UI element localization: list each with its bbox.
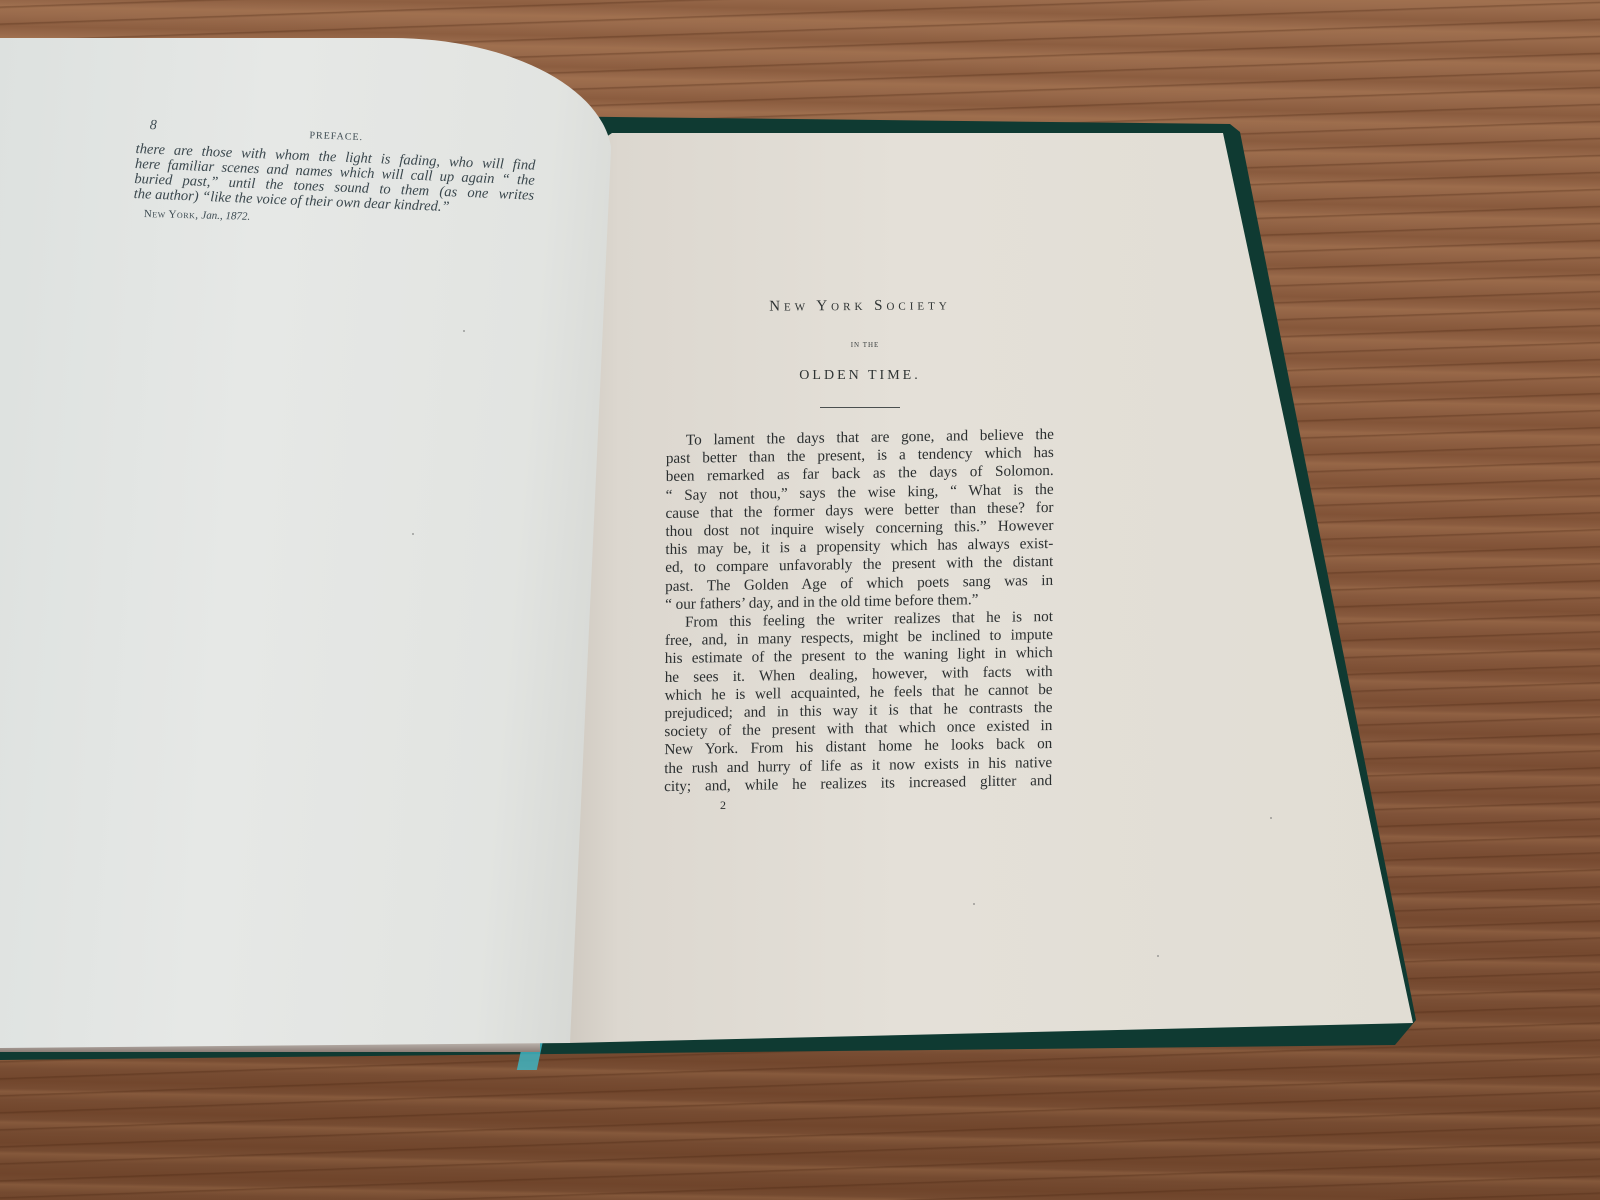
chapter-subtitle: OLDEN TIME. bbox=[730, 368, 990, 384]
paper-speck bbox=[973, 903, 975, 905]
paper-speck bbox=[1270, 817, 1272, 819]
signature-date: Jan., 1872. bbox=[201, 210, 250, 223]
photo-scene: 8 PREFACE. there are those with whom the… bbox=[0, 0, 1600, 1200]
right-page-text: To lament the days that are gone, and be… bbox=[664, 426, 1054, 796]
title-rule bbox=[820, 407, 900, 408]
page-number: 8 bbox=[149, 118, 157, 134]
paper-speck bbox=[412, 533, 414, 535]
signature-mark: 2 bbox=[720, 798, 726, 813]
chapter-subtitle-small: IN THE bbox=[790, 341, 940, 349]
signature-place: New York, bbox=[144, 208, 199, 221]
paper-speck bbox=[463, 330, 465, 332]
chapter-title: New York Society bbox=[700, 297, 1020, 316]
running-head: PREFACE. bbox=[309, 130, 363, 143]
paper-speck bbox=[1157, 955, 1159, 957]
